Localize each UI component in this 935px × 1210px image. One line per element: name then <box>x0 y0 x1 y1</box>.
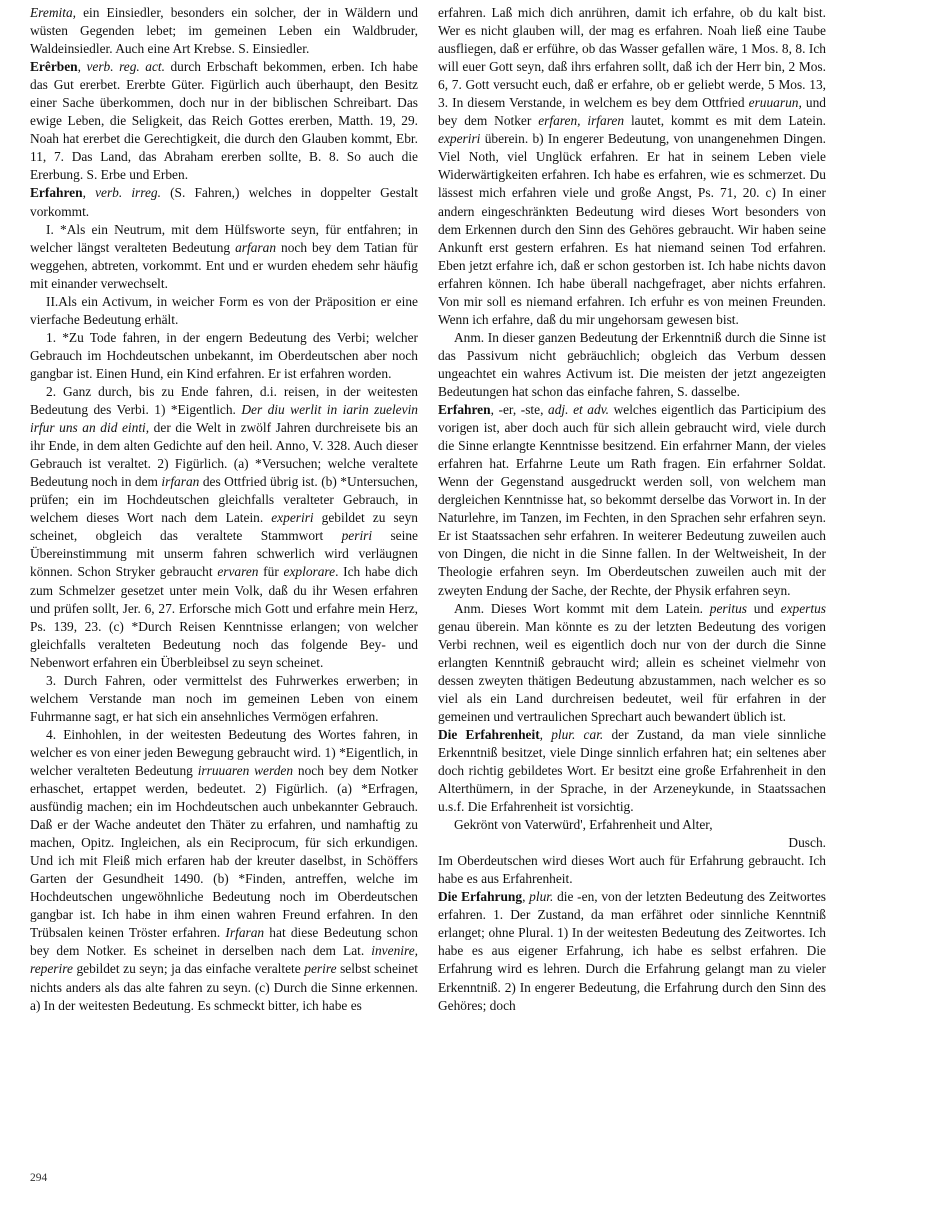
text-run: . Ich habe dich zum Schmelzer gesetzet u… <box>30 564 418 669</box>
text-run: Anm. Dieses Wort kommt mit dem Latein. <box>454 601 710 616</box>
page-number: 294 <box>30 1172 47 1184</box>
dictionary-entry: Erêrben, verb. reg. act. durch Erbschaft… <box>30 58 418 184</box>
dictionary-entry: Erfahren, verb. irreg. (S. Fahren,) welc… <box>30 184 418 220</box>
text-run: Dusch. <box>788 835 826 850</box>
paragraph: Gekrönt von Vaterwürd', Erfahrenheit und… <box>438 816 826 834</box>
paragraph: II.Als ein Activum, in weicher Form es v… <box>30 293 418 329</box>
italic-term: adj. et adv. <box>548 402 609 417</box>
paragraph: Dusch. <box>438 834 826 852</box>
text-run: die -en, von der letzten Bedeutung des Z… <box>438 889 826 1012</box>
italic-term: ervaren <box>217 564 258 579</box>
italic-term: perire <box>304 961 336 976</box>
dictionary-entry: Im Oberdeutschen wird dieses Wort auch f… <box>438 852 826 888</box>
italic-term: explorare <box>284 564 336 579</box>
dictionary-entry: Die Erfahrenheit, plur. car. der Zustand… <box>438 726 826 816</box>
paragraph: 3. Durch Fahren, oder vermittelst des Fu… <box>30 672 418 726</box>
left-column: Eremita, ein Einsiedler, besonders ein s… <box>30 4 418 1015</box>
text-run: Gekrönt von Vaterwürd', Erfahrenheit und… <box>454 817 713 832</box>
text-run: und <box>747 601 781 616</box>
italic-term: verb. reg. act. <box>86 59 165 74</box>
text-run: 1. *Zu Tode fahren, in der engern Bedeut… <box>30 330 418 381</box>
paragraph: 4. Einhohlen, in der weitesten Bedeutung… <box>30 726 418 1015</box>
entry-headword: Erfahren <box>438 402 491 417</box>
italic-term: experiri <box>271 510 313 525</box>
text-run: ein Einsiedler, besonders ein solcher, d… <box>30 5 418 56</box>
paragraph: 1. *Zu Tode fahren, in der engern Bedeut… <box>30 329 418 383</box>
italic-term: irruuaren werden <box>198 763 293 778</box>
italic-term: expertus <box>781 601 826 616</box>
text-run: lautet, kommt es mit dem Latein. <box>624 113 826 128</box>
entry-headword: Erfahren <box>30 185 83 200</box>
text-run: genau überein. Man könnte es zu der letz… <box>438 619 826 724</box>
text-run: , <box>83 185 95 200</box>
text-run: Anm. In dieser ganzen Bedeutung der Erke… <box>438 330 826 399</box>
paragraph: 2. Ganz durch, bis zu Ende fahren, d.i. … <box>30 383 418 672</box>
paragraph: Eremita, ein Einsiedler, besonders ein s… <box>30 4 418 58</box>
italic-term: peritus <box>710 601 747 616</box>
entry-headword: Erêrben <box>30 59 78 74</box>
text-run: für <box>258 564 283 579</box>
paragraph: I. *Als ein Neutrum, mit dem Hülfsworte … <box>30 221 418 293</box>
text-run: , <box>540 727 552 742</box>
italic-term: periri <box>342 528 373 543</box>
text-run: überein. b) In engerer Bedeutung, von un… <box>438 131 826 326</box>
italic-term: irfaran <box>161 474 199 489</box>
text-run: , -er, -ste, <box>491 402 548 417</box>
italic-term: plur. <box>529 889 553 904</box>
italic-term: erfaren, irfaren <box>538 113 624 128</box>
italic-term: verb. irreg. <box>95 185 161 200</box>
italic-term: plur. car. <box>551 727 603 742</box>
italic-term: arfaran <box>235 240 276 255</box>
paragraph: Anm. Dieses Wort kommt mit dem Latein. p… <box>438 600 826 726</box>
dictionary-entry: Die Erfahrung, plur. die -en, von der le… <box>438 888 826 1014</box>
right-column: erfahren. Laß mich dich anrühren, damit … <box>438 4 826 1015</box>
paragraph: Anm. In dieser ganzen Bedeutung der Erke… <box>438 329 826 401</box>
italic-term: experiri <box>438 131 480 146</box>
text-run: welches eigentlich das Participium des v… <box>438 402 826 597</box>
text-run: 3. Durch Fahren, oder vermittelst des Fu… <box>30 673 418 724</box>
entry-headword: Die Erfahrenheit <box>438 727 540 742</box>
paragraph: erfahren. Laß mich dich anrühren, damit … <box>438 4 826 329</box>
text-run: Im Oberdeutschen wird dieses Wort auch f… <box>438 853 826 886</box>
entry-headword: Die Erfahrung <box>438 889 522 904</box>
text-run: II.Als ein Activum, in weicher Form es v… <box>30 294 418 327</box>
italic-term: Eremita, <box>30 5 76 20</box>
italic-term: eruuarun, <box>749 95 802 110</box>
italic-term: Irfaran <box>225 925 264 940</box>
dictionary-page: Eremita, ein Einsiedler, besonders ein s… <box>30 4 826 1015</box>
text-run: durch Erbschaft bekommen, erben. Ich hab… <box>30 59 418 182</box>
dictionary-entry: Erfahren, -er, -ste, adj. et adv. welche… <box>438 401 826 600</box>
text-run: noch bey dem Notker erhaschet, ertappet … <box>30 763 418 940</box>
text-run: gebildet zu seyn; ja das einfache veralt… <box>73 961 304 976</box>
